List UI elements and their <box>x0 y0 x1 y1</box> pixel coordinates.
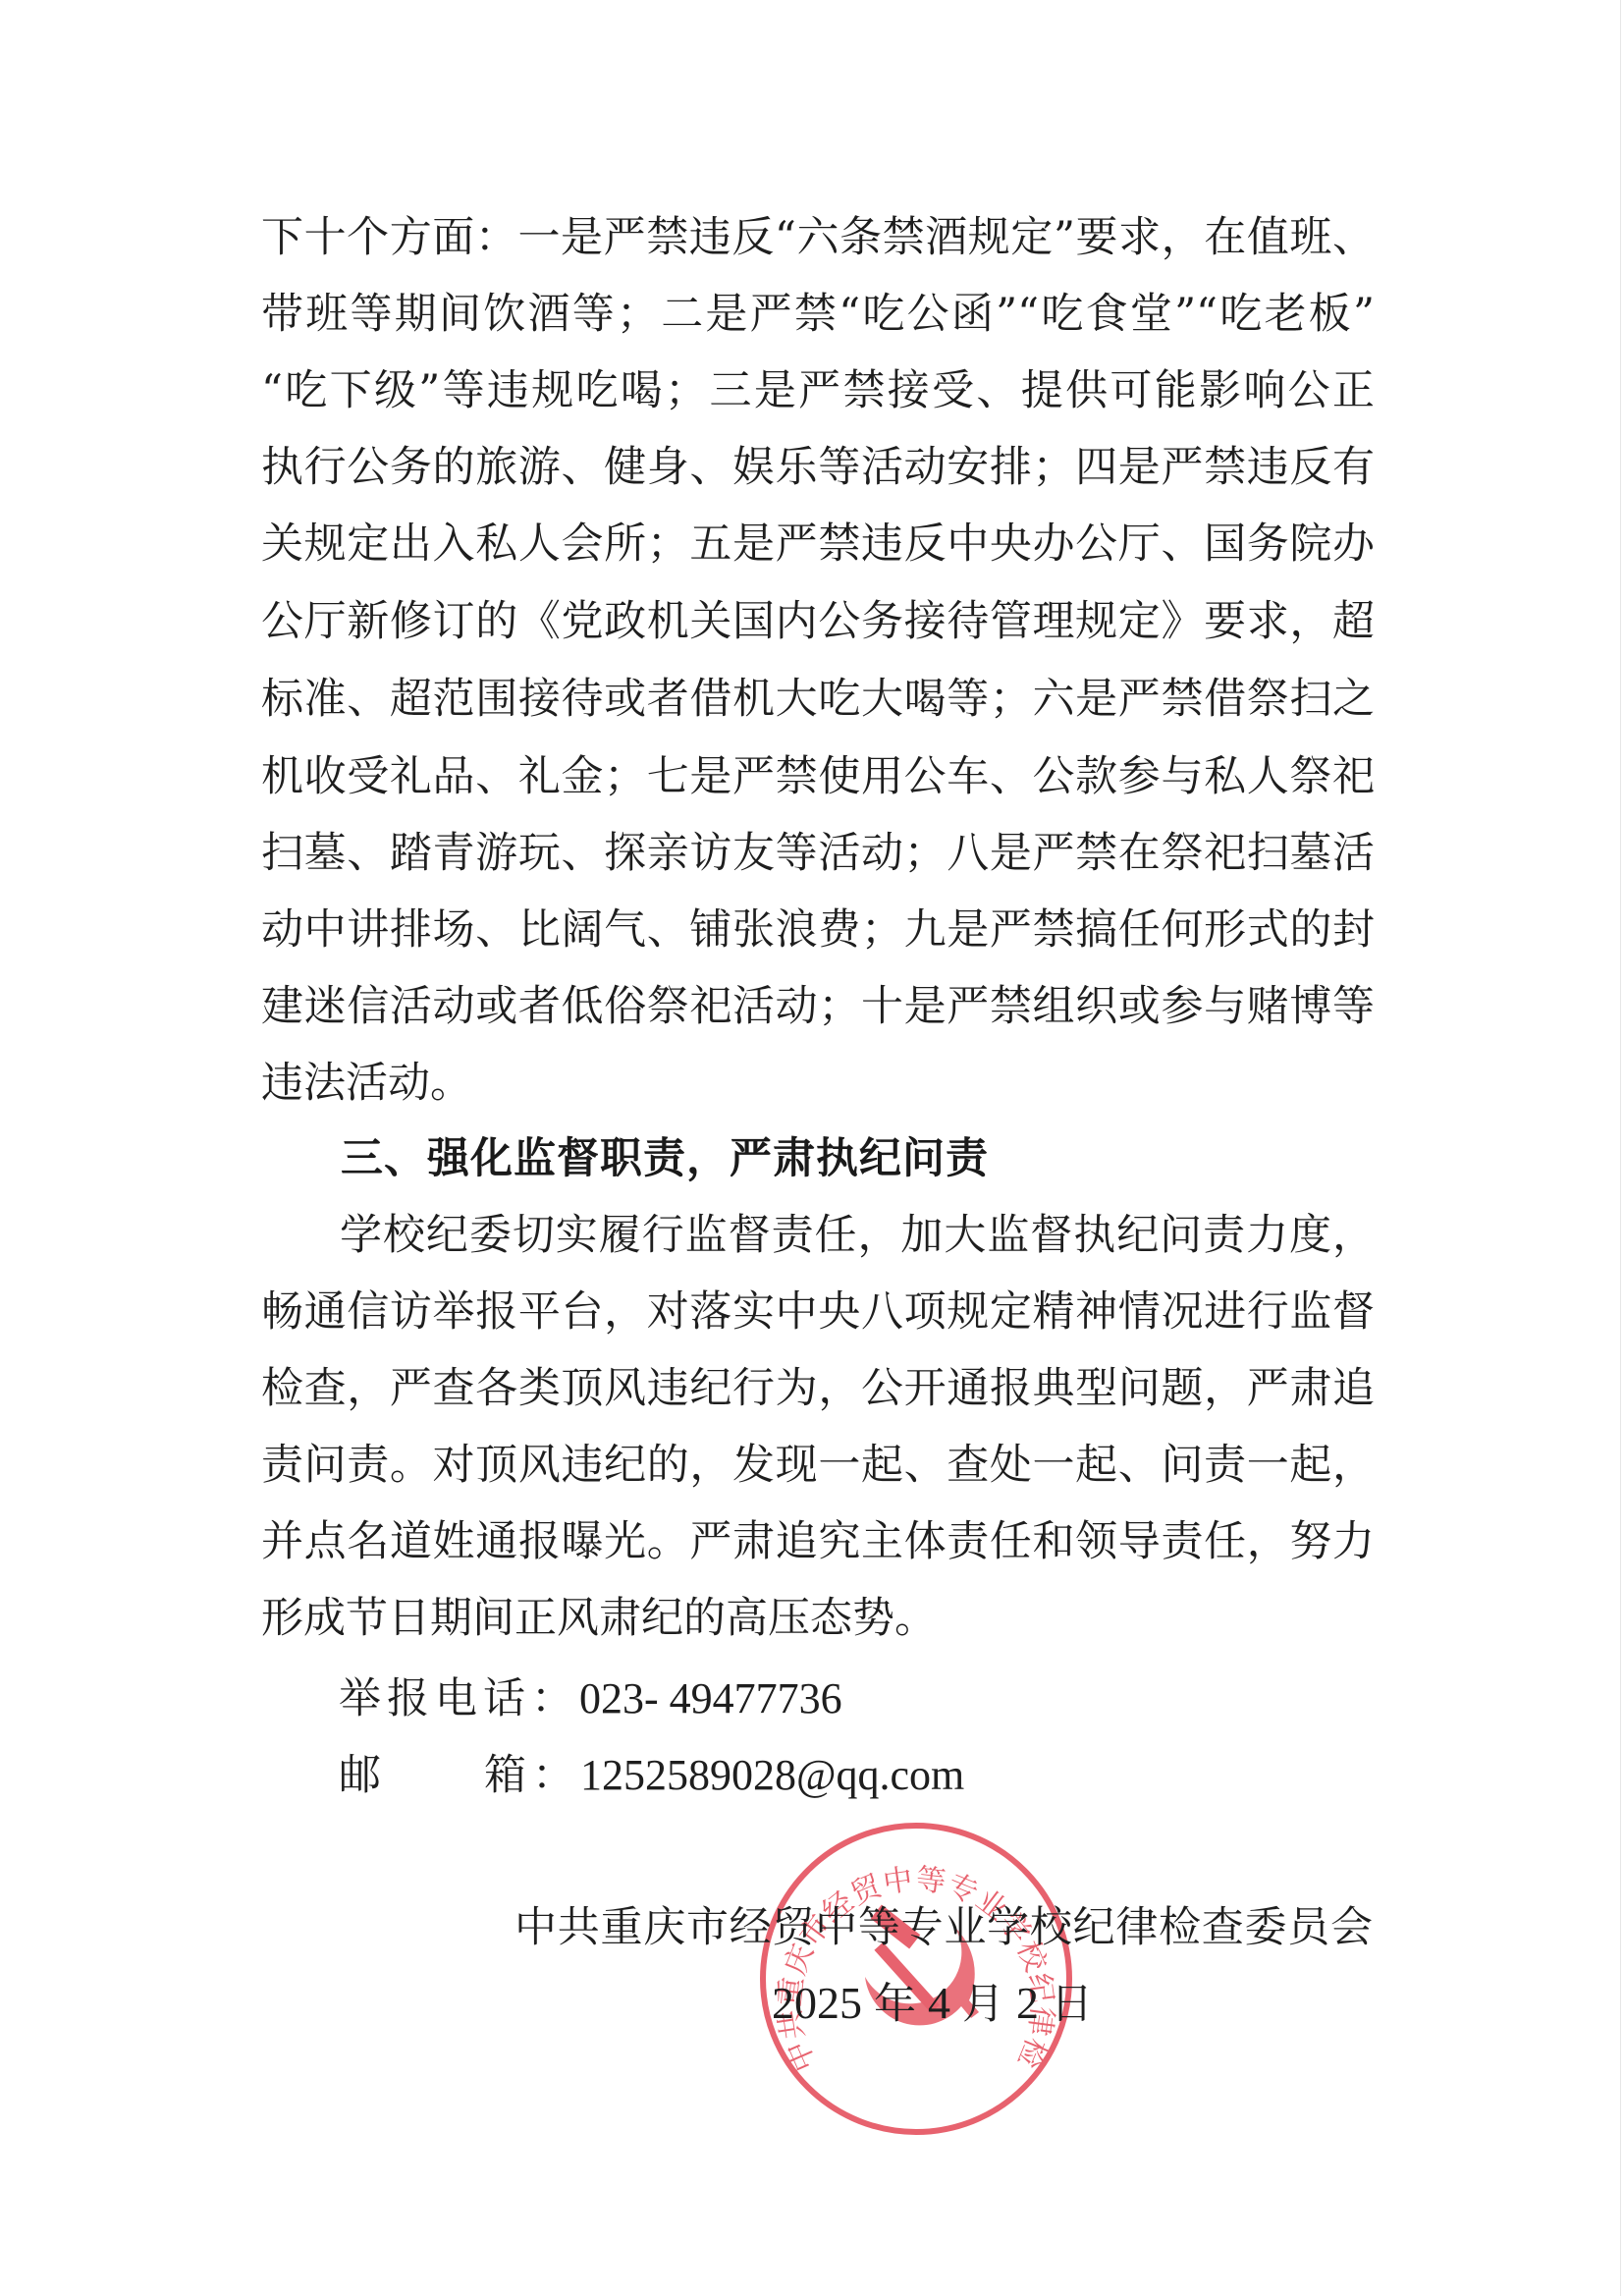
body-line: 机收受礼品、礼金；七是严禁使用公车、公款参与私人祭祀 <box>261 747 1375 806</box>
body-line: 检查，严查各类顶风违纪行为，公开通报典型问题，严肃追 <box>261 1359 1375 1418</box>
date-year-unit: 年 <box>874 1980 916 2029</box>
body-line: “吃下级”等违规吃喝；三是严禁接受、提供可能影响公正 <box>261 361 1375 420</box>
body-line: 下十个方面：一是严禁违反“六条禁酒规定”要求，在值班、 <box>261 208 1375 267</box>
body-line: 标准、超范围接待或者借机大吃大喝等；六是严禁借祭扫之 <box>261 670 1375 729</box>
body-line: 关规定出入私人会所；五是严禁违反中央办公厅、国务院办 <box>261 515 1375 574</box>
section-heading: 三、强化监督职责，严肃执纪问责 <box>341 1129 989 1188</box>
date-month-unit: 月 <box>962 1980 1004 2029</box>
body-line: 学校纪委切实履行监督责任，加大监督执纪问责力度， <box>340 1206 1375 1265</box>
body-line: 形成节日期间正风肃纪的高压态势。 <box>261 1589 1375 1648</box>
body-line: 并点名道姓通报曝光。严肃追究主体责任和领导责任，努力 <box>261 1512 1375 1571</box>
phone-line: 举报电话：023- 49477736 <box>339 1669 842 1728</box>
issuer-signature: 中共重庆市经贸中等专业学校纪律检查委员会 <box>514 1898 1373 1957</box>
body-line: 违法活动。 <box>261 1054 1375 1113</box>
email-line: 邮箱：1252589028@qq.com <box>339 1746 964 1805</box>
body-line: 执行公务的旅游、健身、娱乐等活动安排；四是严禁违反有 <box>261 438 1375 497</box>
body-line: 动中讲排场、比阔气、铺张浪费；九是严禁搞任何形式的封 <box>261 901 1375 959</box>
body-line: 畅通信访举报平台，对落实中央八项规定精神情况进行监督 <box>261 1283 1375 1341</box>
body-line: 建迷信活动或者低俗祭祀活动；十是严禁组织或参与赌博等 <box>261 977 1375 1036</box>
date-day-unit: 日 <box>1051 1980 1093 2029</box>
email-address: 1252589028@qq.com <box>580 1751 964 1799</box>
email-label-part2: 箱： <box>484 1746 580 1805</box>
body-line: 责问责。对顶风违纪的，发现一起、查处一起、问责一起， <box>261 1436 1375 1495</box>
document-page: 下十个方面：一是严禁违反“六条禁酒规定”要求，在值班、 带班等期间饮酒等；二是严… <box>0 0 1624 2296</box>
scan-edge-line <box>1620 0 1621 2296</box>
body-line: 扫墓、踏青游玩、探亲访友等活动；八是严禁在祭祀扫墓活 <box>261 824 1375 883</box>
date-day: 2 <box>1016 1978 1039 2028</box>
email-label-part1: 邮 <box>339 1746 484 1805</box>
date-year: 2025 <box>772 1978 862 2028</box>
phone-label: 举报电话： <box>339 1669 579 1728</box>
date-month: 4 <box>928 1978 950 2028</box>
body-line: 带班等期间饮酒等；二是严禁“吃公函”“吃食堂”“吃老板” <box>261 285 1375 344</box>
issue-date: 2025年4月2日 <box>772 1974 1074 2033</box>
phone-number: 023- 49477736 <box>579 1674 842 1722</box>
body-line: 公厅新修订的《党政机关国内公务接待管理规定》要求，超 <box>261 592 1375 651</box>
